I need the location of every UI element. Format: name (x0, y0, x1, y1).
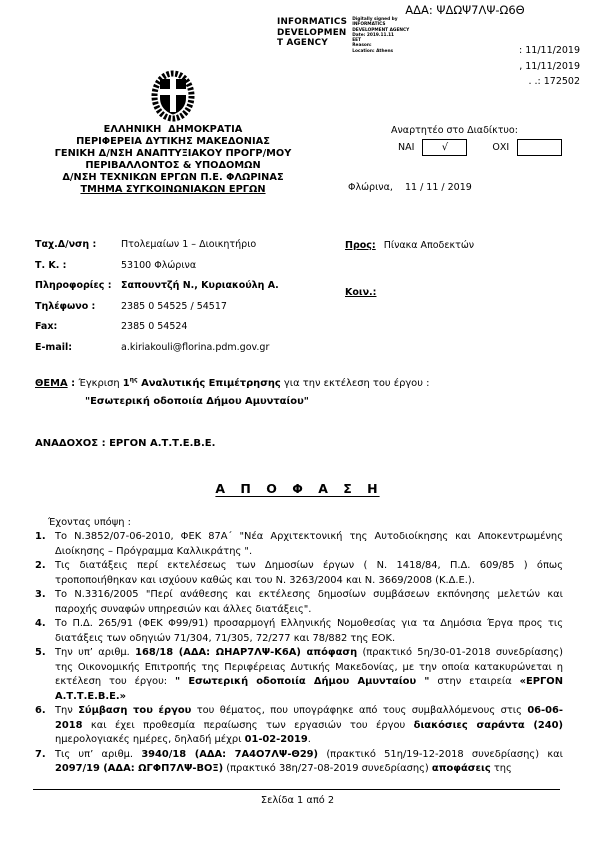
legal-basis-item: 2.Τις διατάξεις περί εκτελέσεως των Δημο… (35, 559, 563, 588)
text-segment: Το Ν.3316/2005 "Περί ανάθεσης και εκτέλε… (55, 589, 563, 615)
page-number: Σελίδα 1 από 2 (0, 795, 595, 806)
contact-value: a.kiriakouli@florina.pdm.gov.gr (121, 342, 269, 353)
text-segment: (πρακτικό 38η/27-08-2019 συνεδρίασης) (223, 763, 432, 774)
legal-basis-item: 4.Το Π.Δ. 265/91 (ΦΕΚ Φ99/91) προσαρμογή… (35, 617, 563, 646)
text-segment: και έχει προθεσμία περαίωσης των εργασιώ… (82, 720, 413, 731)
cc-label: Κοιν.: (345, 287, 376, 298)
contact-row: Ταχ.Δ/νση :Πτολεμαίων 1 – Διοικητήριο (35, 239, 340, 250)
ada-code: ΑΔΑ: ΨΔΩΨ7ΛΨ-Ω6Θ (335, 3, 595, 17)
stamp-agency-name-line: T AGENCY (277, 38, 347, 49)
contact-value: 2385 0 54525 / 54517 (121, 301, 227, 312)
contact-row: Πληροφορίες :Σαπουντζή Ν., Κυριακούλη Α. (35, 280, 340, 291)
text-segment: Την (55, 705, 78, 716)
stamp-agency-name: INFORMATICSDEVELOPMENT AGENCY (277, 17, 347, 54)
registration-date-lines-line: . .: 172502 (519, 74, 580, 90)
recipient-cc: Κοιν.: (345, 287, 376, 298)
footer-divider (33, 789, 560, 790)
contact-info: Ταχ.Δ/νση :Πτολεμαίων 1 – ΔιοικητήριοΤ. … (35, 239, 340, 362)
text-segment: 1 (123, 378, 130, 389)
contact-label: Ταχ.Δ/νση : (35, 239, 121, 250)
contact-row: Τ. Κ. :53100 Φλώρινα (35, 260, 340, 271)
text-segment: 2097/19 (ΑΔΑ: ΩΓΦΠ7ΛΨ-ΒΟΞ) (55, 763, 223, 774)
legal-basis-item: 1.Το Ν.3852/07-06-2010, ΦΕΚ 87Α΄ "Νέα Αρ… (35, 530, 563, 559)
agency-header-line: ΕΛΛΗΝΙΚΗ ΔΗΜΟΚΡΑΤΙΑ (8, 124, 338, 136)
digital-signature-stamp: INFORMATICSDEVELOPMENT AGENCY Digitally … (277, 17, 409, 54)
text-segment: διακόσιες σαράντα (240) (414, 720, 563, 731)
item-text: Το Ν.3852/07-06-2010, ΦΕΚ 87Α΄ "Νέα Αρχι… (55, 530, 563, 559)
subject-text: Έγκριση 1ης Αναλυτικής Επιμέτρησης για τ… (78, 378, 429, 389)
contact-row: Fax:2385 0 54524 (35, 321, 340, 332)
contact-label: Πληροφορίες : (35, 280, 121, 291)
text-segment: Το Π.Δ. 265/91 (ΦΕΚ Φ99/91) προσαρμογή Ε… (55, 618, 563, 644)
stamp-signature-details-line: Location: Athens (352, 49, 409, 54)
legal-basis-item: 3.Το Ν.3316/2005 "Περί ανάθεσης και εκτέ… (35, 588, 563, 617)
subject-label: ΘΕΜΑ (35, 378, 68, 389)
contact-label: Fax: (35, 321, 121, 332)
text-segment: . (308, 734, 311, 745)
no-label: ΟΧΙ (492, 142, 509, 153)
text-segment: (πρακτικό 51η/19-12-2018 συνεδρίασης) κα… (318, 749, 563, 760)
agency-header: ΕΛΛΗΝΙΚΗ ΔΗΜΟΚΡΑΤΙΑΠΕΡΙΦΕΡΕΙΑ ΔΥΤΙΚΗΣ ΜΑ… (8, 124, 338, 196)
text-segment: ης (130, 377, 138, 384)
stamp-agency-name-line: INFORMATICS (277, 17, 347, 28)
contact-label: Τ. Κ. : (35, 260, 121, 271)
to-label: Προς: (345, 240, 376, 251)
registration-date-lines: : 11/11/2019, 11/11/2019. .: 172502 (519, 43, 580, 90)
agency-header-line: ΤΜΗΜΑ ΣΥΓΚΟΙΝΩΝΙΑΚΩΝ ΕΡΓΩΝ (8, 184, 338, 196)
agency-header-line: ΠΕΡΙΦΕΡΕΙΑ ΔΥΤΙΚΗΣ ΜΑΚΕΔΟΝΙΑΣ (8, 136, 338, 148)
text-segment: Αναλυτικής Επιμέτρησης (138, 378, 281, 389)
registration-date-lines-line: : 11/11/2019 (519, 43, 580, 59)
agency-header-line: ΠΕΡΙΒΑΛΛΟΝΤΟΣ & ΥΠΟΔΟΜΩΝ (8, 160, 338, 172)
place-and-date: Φλώρινα, 11 / 11 / 2019 (348, 182, 472, 193)
yes-checkbox: √ (422, 139, 467, 156)
contact-value: Σαπουντζή Ν., Κυριακούλη Α. (121, 280, 279, 291)
decision-title: Α Π Ο Φ Α Σ Η (0, 481, 595, 496)
stamp-signature-details: Digitally signed byINFORMATICSDEVELOPMEN… (352, 17, 409, 54)
text-segment: Έγκριση (78, 378, 122, 389)
agency-header-line: ΓΕΝΙΚΗ Δ/ΝΣΗ ΑΝΑΠΤΥΞΙΑΚΟΥ ΠΡΟΓΡ/ΜΟΥ (8, 148, 338, 160)
text-segment: Την υπ’ αριθμ. (55, 647, 135, 658)
item-text: Το Π.Δ. 265/91 (ΦΕΚ Φ99/91) προσαρμογή Ε… (55, 617, 563, 646)
text-segment: της (491, 763, 512, 774)
text-segment: αποφάσεις (432, 763, 491, 774)
subject-colon: : (68, 378, 79, 389)
item-text: Το Ν.3316/2005 "Περί ανάθεσης και εκτέλε… (55, 588, 563, 617)
contact-label: E-mail: (35, 342, 121, 353)
contact-label: Τηλέφωνο : (35, 301, 121, 312)
having-regard-intro: Έχοντας υπόψη : (48, 517, 131, 528)
contact-value: 53100 Φλώρινα (121, 260, 196, 271)
agency-header-line: Δ/ΝΣΗ ΤΕΧΝΙΚΩΝ ΕΡΓΩΝ Π.Ε. ΦΛΩΡΙΝΑΣ (8, 172, 338, 184)
item-number: 4. (35, 617, 55, 646)
item-number: 3. (35, 588, 55, 617)
yes-label: ΝΑΙ (398, 142, 414, 153)
item-text: Τις διατάξεις περί εκτελέσεως των Δημοσί… (55, 559, 563, 588)
text-segment: στην εταιρεία (429, 676, 519, 687)
registration-date-lines-line: , 11/11/2019 (519, 59, 580, 75)
text-segment: 168/18 (ΑΔΑ: ΩΗΑΡ7ΛΨ-Κ6Α) απόφαση (135, 647, 357, 658)
contractor-line: ΑΝΑΔΟΧΟΣ : ΕΡΓΟΝ Α.Τ.Τ.Ε.Β.Ε. (35, 438, 215, 449)
item-text: Την Σύμβαση του έργου του θέματος, που υ… (55, 704, 563, 748)
text-segment: Το Ν.3852/07-06-2010, ΦΕΚ 87Α΄ "Νέα Αρχι… (55, 531, 563, 557)
item-number: 5. (35, 646, 55, 704)
no-checkbox (517, 139, 562, 156)
recipient-to: Προς:Πίνακα Αποδεκτών (345, 240, 474, 251)
to-value: Πίνακα Αποδεκτών (384, 240, 474, 251)
text-segment: του θέματος, που υπογράφηκε από τους συμ… (191, 705, 527, 716)
text-segment: για την εκτέλεση του έργου : (281, 378, 430, 389)
legal-basis-item: 6.Την Σύμβαση του έργου του θέματος, που… (35, 704, 563, 748)
subject-line: ΘΕΜΑ : Έγκριση 1ης Αναλυτικής Επιμέτρηση… (35, 377, 563, 391)
text-segment: Τις υπ’ αριθμ. (55, 749, 141, 760)
legal-basis-item: 7.Τις υπ’ αριθμ. 3940/18 (ΑΔΑ: 7Α4Ο7ΛΨ-Θ… (35, 748, 563, 777)
contact-value: 2385 0 54524 (121, 321, 187, 332)
contact-value: Πτολεμαίων 1 – Διοικητήριο (121, 239, 256, 250)
internet-posting-label: Αναρτητέο στο Διαδίκτυο: (391, 125, 518, 136)
legal-basis-list: 1.Το Ν.3852/07-06-2010, ΦΕΚ 87Α΄ "Νέα Αρ… (35, 530, 563, 777)
contact-row: Τηλέφωνο :2385 0 54525 / 54517 (35, 301, 340, 312)
text-segment: " Εσωτερική οδοποιία Δήμου Αμυνταίου " (175, 676, 429, 687)
legal-basis-item: 5.Την υπ’ αριθμ. 168/18 (ΑΔΑ: ΩΗΑΡ7ΛΨ-Κ6… (35, 646, 563, 704)
text-segment: 3940/18 (ΑΔΑ: 7Α4Ο7ΛΨ-Θ29) (141, 749, 318, 760)
internet-posting-options: ΝΑΙ √ ΟΧΙ (398, 139, 562, 156)
contact-row: E-mail:a.kiriakouli@florina.pdm.gov.gr (35, 342, 340, 353)
item-number: 7. (35, 748, 55, 777)
item-text: Τις υπ’ αριθμ. 3940/18 (ΑΔΑ: 7Α4Ο7ΛΨ-Θ29… (55, 748, 563, 777)
check-mark-icon: √ (442, 142, 448, 153)
text-segment: 01-02-2019 (245, 734, 308, 745)
item-number: 2. (35, 559, 55, 588)
item-text: Την υπ’ αριθμ. 168/18 (ΑΔΑ: ΩΗΑΡ7ΛΨ-Κ6Α)… (55, 646, 563, 704)
document-page: ΑΔΑ: ΨΔΩΨ7ΛΨ-Ω6Θ INFORMATICSDEVELOPMENT … (0, 0, 595, 842)
text-segment: Σύμβαση του έργου (78, 705, 191, 716)
text-segment: ημερολογιακές ημέρες, δηλαδή μέχρι (55, 734, 245, 745)
item-number: 1. (35, 530, 55, 559)
stamp-agency-name-line: DEVELOPMEN (277, 28, 347, 39)
item-number: 6. (35, 704, 55, 748)
text-segment: Τις διατάξεις περί εκτελέσεως των Δημοσί… (55, 560, 563, 586)
subject-project-title: "Εσωτερική οδοποιία Δήμου Αμυνταίου" (85, 396, 309, 407)
greek-coat-of-arms-icon (150, 70, 196, 124)
